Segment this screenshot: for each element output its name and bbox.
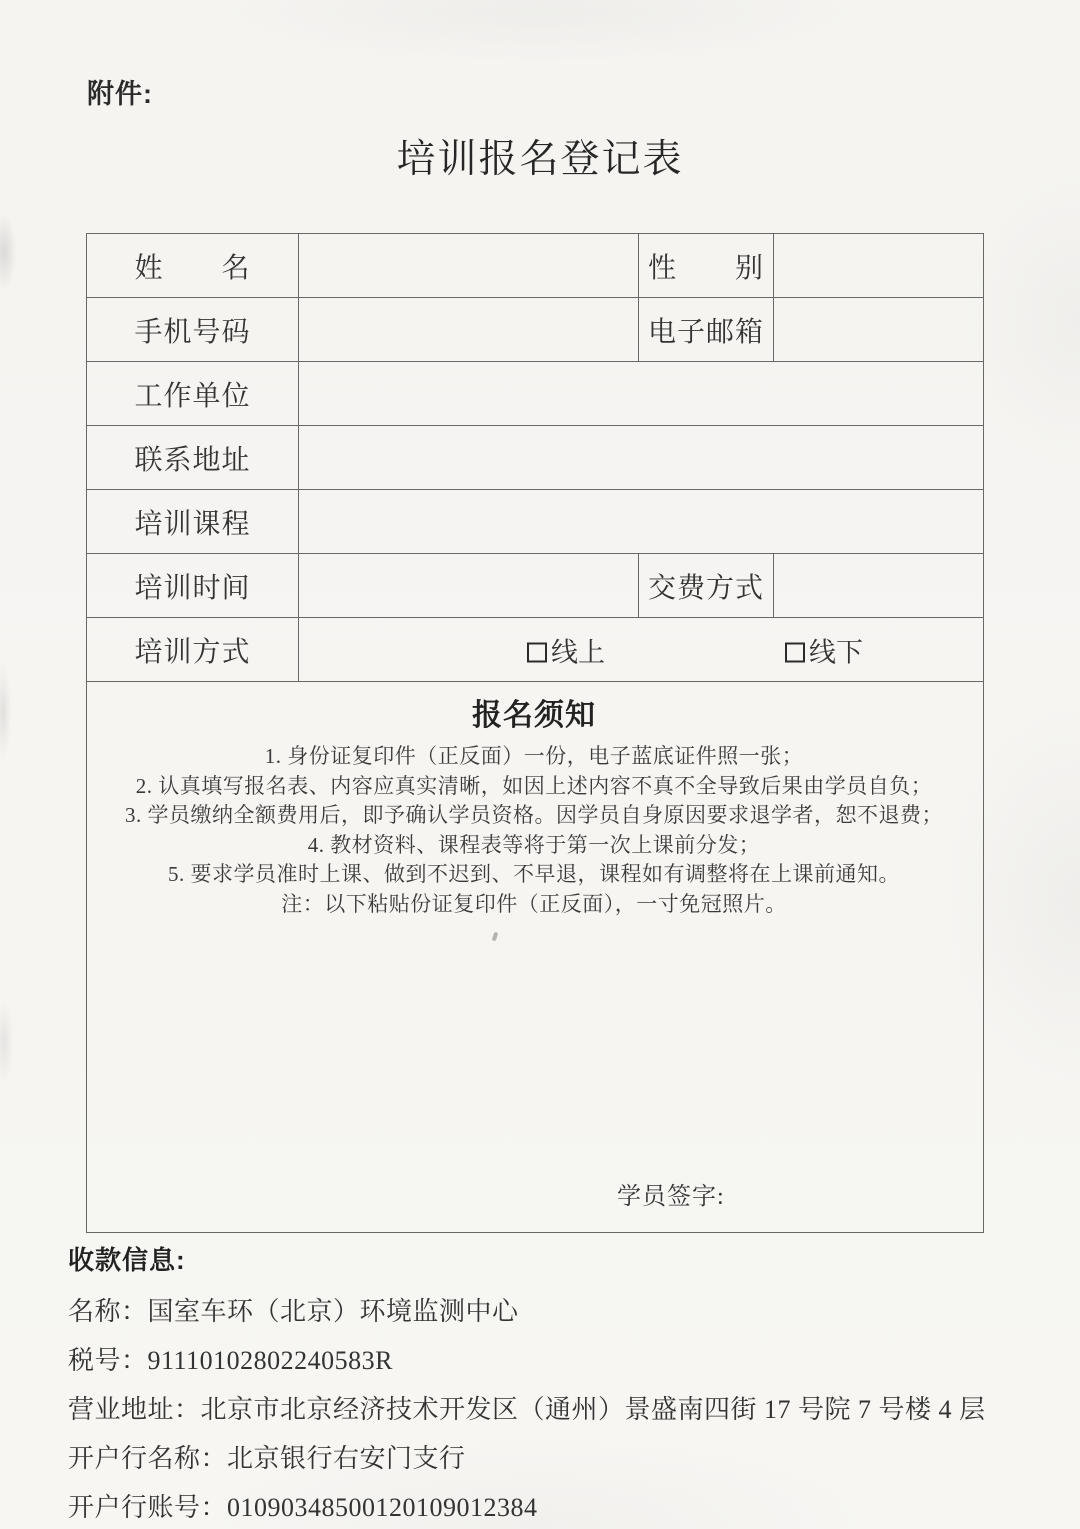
payment-field-tax-id-label: 税号： <box>68 1346 148 1375</box>
mode-label: 培训方式 <box>87 618 299 682</box>
payment-field-tax-id: 税号：91110102802240583R <box>68 1336 1008 1385</box>
phone-label: 手机号码 <box>87 298 299 362</box>
employer-label: 工作单位 <box>87 362 299 426</box>
table-row-address: 联系地址 <box>87 426 984 490</box>
phone-value-cell <box>299 298 639 362</box>
course-value-cell <box>299 490 984 554</box>
payment-method-value-cell <box>774 554 984 618</box>
notice-item-4: 4. 教材资料、课程表等将于第一次上课前分发； <box>95 831 973 861</box>
name-label: 姓 名 <box>87 234 299 298</box>
table-row-phone-email: 手机号码 电子邮箱 <box>87 298 984 362</box>
gender-value-cell <box>774 234 984 298</box>
payment-field-business-address-label: 营业地址： <box>68 1395 201 1424</box>
table-row-mode: 培训方式 线上 线下 <box>87 618 984 682</box>
payment-field-bank-account-value: 01090348500120109012384 <box>227 1493 538 1522</box>
name-value-cell <box>299 234 639 298</box>
payment-info-section: 收款信息: 名称：国室车环（北京）环境监测中心 税号：9111010280224… <box>68 1240 1008 1529</box>
gender-label: 性 别 <box>639 234 774 298</box>
table-row-employer: 工作单位 <box>87 362 984 426</box>
online-checkbox-icon <box>527 642 547 662</box>
payment-field-business-address: 营业地址：北京市北京经济技术开发区（通州）景盛南四街 17 号院 7 号楼 4 … <box>68 1385 1008 1434</box>
notice-note: 注：以下粘贴份证复印件（正反面），一寸免冠照片。 <box>95 890 973 920</box>
payment-field-bank-name-label: 开户行名称： <box>68 1444 227 1473</box>
email-value-cell <box>774 298 984 362</box>
email-label: 电子邮箱 <box>639 298 774 362</box>
time-label: 培训时间 <box>87 554 299 618</box>
payment-field-tax-id-value: 91110102802240583R <box>148 1346 393 1375</box>
table-row-course: 培训课程 <box>87 490 984 554</box>
payment-field-name-value: 国室车环（北京）环境监测中心 <box>148 1297 519 1326</box>
notice-item-1: 1. 身份证复印件（正反面）一份，电子蓝底证件照一张； <box>95 742 973 772</box>
notice-item-3: 3. 学员缴纳全额费用后，即予确认学员资格。因学员自身原因要求退学者，恕不退费； <box>95 801 973 831</box>
payment-field-bank-account-label: 开户行账号： <box>68 1493 227 1522</box>
table-row-name-gender: 姓 名 性 别 <box>87 234 984 298</box>
address-value-cell <box>299 426 984 490</box>
mode-option-offline: 线下 <box>785 630 863 669</box>
employer-value-cell <box>299 362 984 426</box>
scanned-form-page: 附件: 培训报名登记表 姓 名 性 别 手机号码 电子邮箱 工作单位 联系地址 … <box>0 0 1080 1529</box>
notice-cell: 报名须知 1. 身份证复印件（正反面）一份，电子蓝底证件照一张； 2. 认真填写… <box>87 682 984 1233</box>
offline-option-label: 线下 <box>809 637 863 667</box>
address-label: 联系地址 <box>87 426 299 490</box>
notice-heading: 报名须知 <box>95 690 973 734</box>
course-label: 培训课程 <box>87 490 299 554</box>
time-value-cell <box>299 554 639 618</box>
payment-info-heading: 收款信息: <box>68 1240 1008 1277</box>
payment-field-business-address-value: 北京市北京经济技术开发区（通州）景盛南四街 17 号院 7 号楼 4 层 <box>201 1395 986 1424</box>
payment-field-bank-account: 开户行账号：01090348500120109012384 <box>68 1483 1008 1529</box>
notice-item-2: 2. 认真填写报名表、内容应真实清晰，如因上述内容不真不全导致后果由学员自负； <box>95 772 973 802</box>
attachment-label: 附件: <box>87 72 153 111</box>
payment-method-label: 交费方式 <box>639 554 774 618</box>
mode-option-online: 线上 <box>527 630 605 669</box>
table-row-time-payment: 培训时间 交费方式 <box>87 554 984 618</box>
signature-label: 学员签字: <box>617 1176 725 1211</box>
registration-form-table: 姓 名 性 别 手机号码 电子邮箱 工作单位 联系地址 培训课程 培训时间 交费… <box>86 233 984 1233</box>
offline-checkbox-icon <box>785 642 805 662</box>
payment-field-bank-name-value: 北京银行右安门支行 <box>227 1444 466 1473</box>
payment-field-name: 名称：国室车环（北京）环境监测中心 <box>68 1287 1008 1336</box>
mode-options-cell: 线上 线下 <box>299 618 984 682</box>
payment-field-bank-name: 开户行名称：北京银行右安门支行 <box>68 1434 1008 1483</box>
online-option-label: 线上 <box>551 637 605 667</box>
page-title: 培训报名登记表 <box>0 128 1080 184</box>
notice-item-5: 5. 要求学员准时上课、做到不迟到、不早退，课程如有调整将在上课前通知。 <box>95 860 973 890</box>
table-row-notice: 报名须知 1. 身份证复印件（正反面）一份，电子蓝底证件照一张； 2. 认真填写… <box>87 682 984 1233</box>
payment-field-name-label: 名称： <box>68 1297 148 1326</box>
